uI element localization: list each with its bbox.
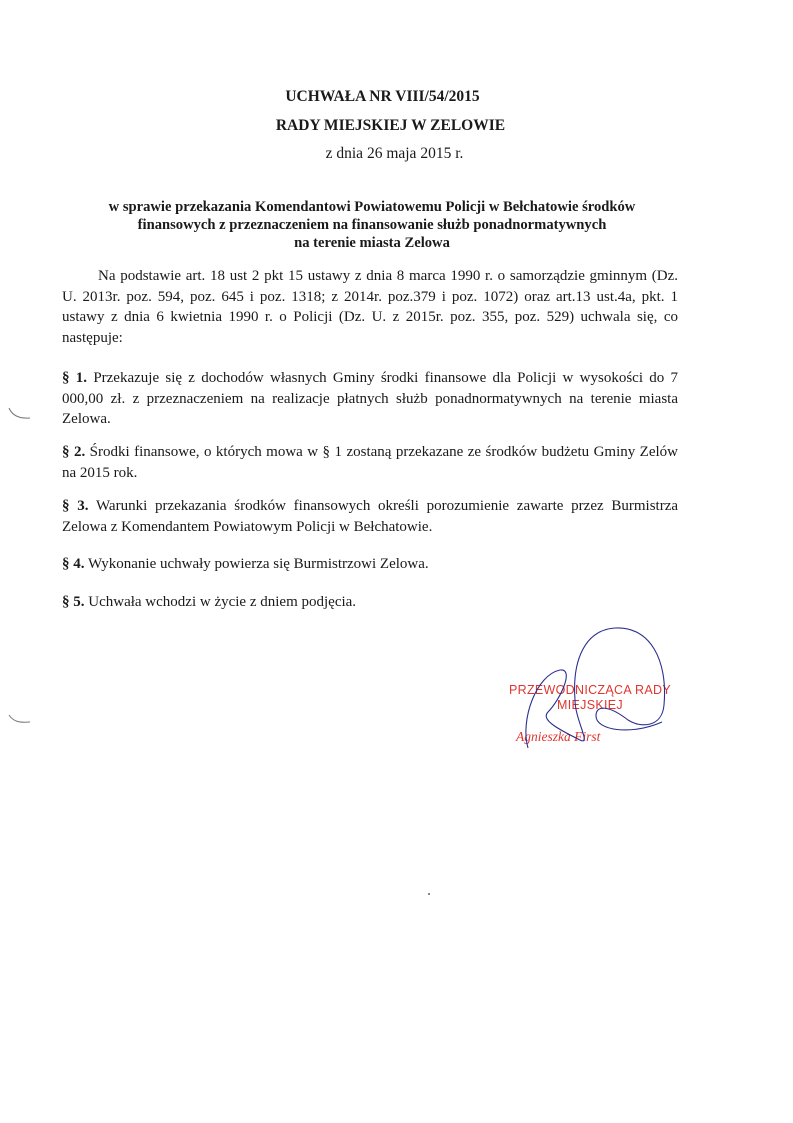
- document-page: UCHWAŁA NR VIII/54/2015 RADY MIEJSKIEJ W…: [0, 0, 793, 1123]
- scan-artifact-mark: [6, 712, 36, 728]
- scan-dust-dot: [428, 893, 430, 895]
- scan-artifact-mark: [6, 405, 36, 425]
- handwritten-signature: [0, 0, 793, 1123]
